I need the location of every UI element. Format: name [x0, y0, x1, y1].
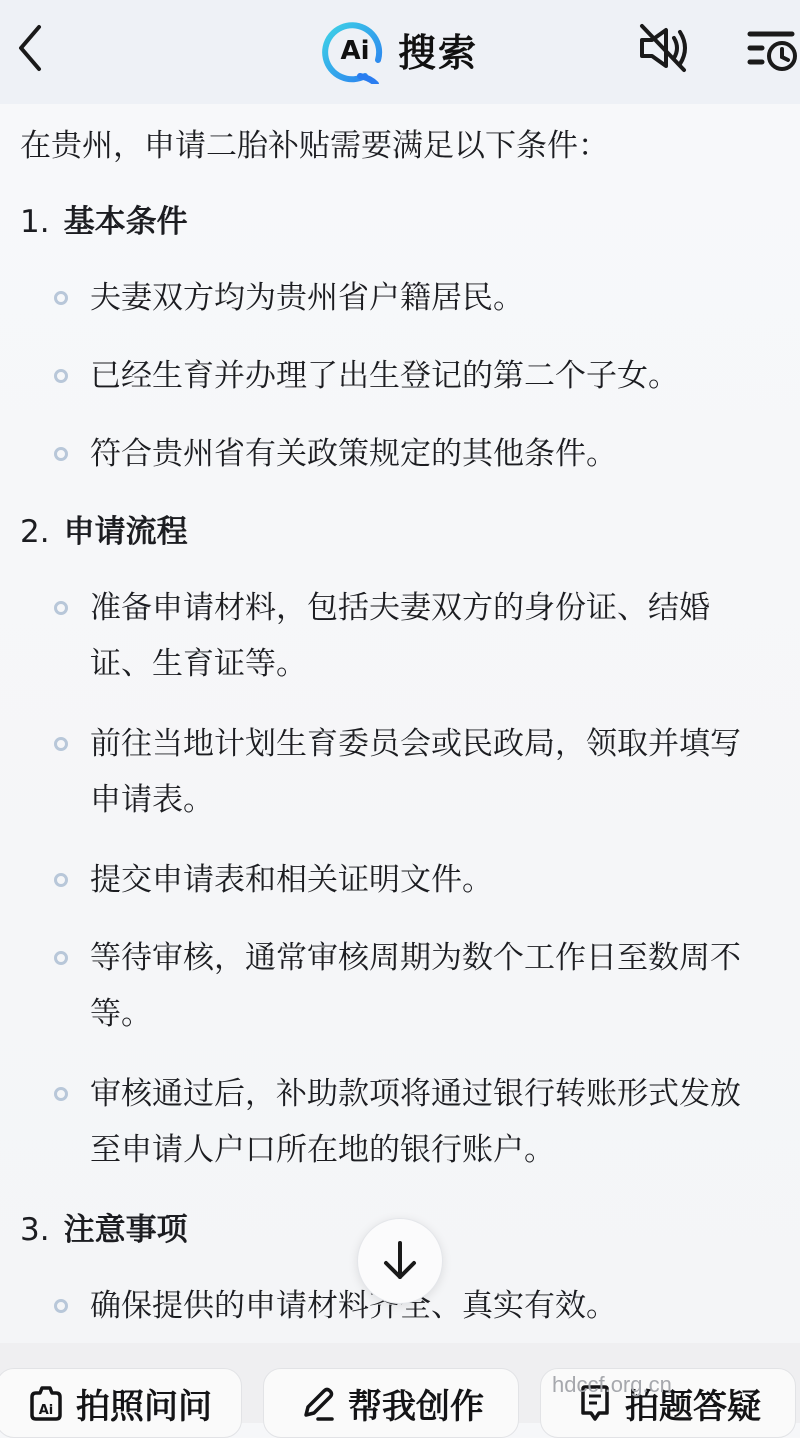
section-title: 2. 申请流程 — [20, 510, 188, 554]
bullet-circle-icon — [54, 951, 68, 965]
svg-text:Ai: Ai — [340, 36, 369, 66]
section-title: 1. 基本条件 — [20, 200, 188, 244]
section-number: 1. — [20, 200, 50, 244]
watermark: hdccf.org.cn — [552, 1372, 672, 1398]
ai-logo-icon: Ai — [320, 14, 390, 84]
bullet-circle-icon — [54, 291, 68, 305]
section-title: 3. 注意事项 — [20, 1208, 188, 1252]
list-item: 已经生育并办理了出生登记的第二个子女。 — [50, 348, 770, 404]
history-button[interactable] — [744, 26, 800, 74]
list-clock-icon — [744, 26, 800, 74]
bullet-circle-icon — [54, 601, 68, 615]
list-item: 前往当地计划生育委员会或民政局，领取并填写申请表。 — [50, 716, 770, 828]
chevron-left-icon — [15, 23, 45, 73]
top-bar: Ai 搜索 — [0, 0, 800, 104]
mute-button[interactable] — [634, 22, 694, 74]
bullet-circle-icon — [54, 1087, 68, 1101]
arrow-down-icon — [380, 1239, 420, 1283]
section-heading: 注意事项 — [64, 1208, 188, 1252]
list-item: 准备申请材料，包括夫妻双方的身份证、结婚证、生育证等。 — [50, 580, 770, 692]
svg-text:Ai: Ai — [39, 1403, 54, 1418]
pen-icon — [298, 1383, 338, 1423]
list-item: 提交申请表和相关证明文件。 — [50, 852, 770, 908]
section-heading: 申请流程 — [64, 510, 188, 554]
help-create-button[interactable]: 帮我创作 — [263, 1368, 519, 1423]
page-title: 搜索 — [398, 22, 478, 77]
bullet-circle-icon — [54, 873, 68, 887]
section-number: 3. — [20, 1208, 50, 1252]
list-item: 审核通过后，补助款项将通过银行转账形式发放至申请人户口所在地的银行账户。 — [50, 1066, 770, 1178]
scroll-to-bottom-button[interactable] — [357, 1218, 443, 1304]
ai-search-logo: Ai 搜索 — [320, 14, 478, 84]
bullet-circle-icon — [54, 1299, 68, 1313]
answer-intro: 在贵州，申请二胎补贴需要满足以下条件： — [20, 124, 609, 168]
answer-content: 在贵州，申请二胎补贴需要满足以下条件： 1. 基本条件 夫妻双方均为贵州省户籍居… — [0, 104, 800, 1344]
bottom-action-bar: Ai 拍照问问 帮我创作 拍题答疑 — [0, 1343, 800, 1423]
section-number: 2. — [20, 510, 50, 554]
photo-ask-button[interactable]: Ai 拍照问问 — [0, 1368, 242, 1423]
list-item: 符合贵州省有关政策规定的其他条件。 — [50, 426, 770, 482]
section-heading: 基本条件 — [64, 200, 188, 244]
speaker-muted-icon — [634, 22, 694, 74]
list-item: 夫妻双方均为贵州省户籍居民。 — [50, 270, 770, 326]
bullet-circle-icon — [54, 737, 68, 751]
bullet-circle-icon — [54, 369, 68, 383]
camera-ai-icon: Ai — [26, 1383, 66, 1423]
list-item: 等待审核，通常审核周期为数个工作日至数周不等。 — [50, 930, 770, 1042]
back-button[interactable] — [8, 20, 52, 76]
bullet-circle-icon — [54, 447, 68, 461]
